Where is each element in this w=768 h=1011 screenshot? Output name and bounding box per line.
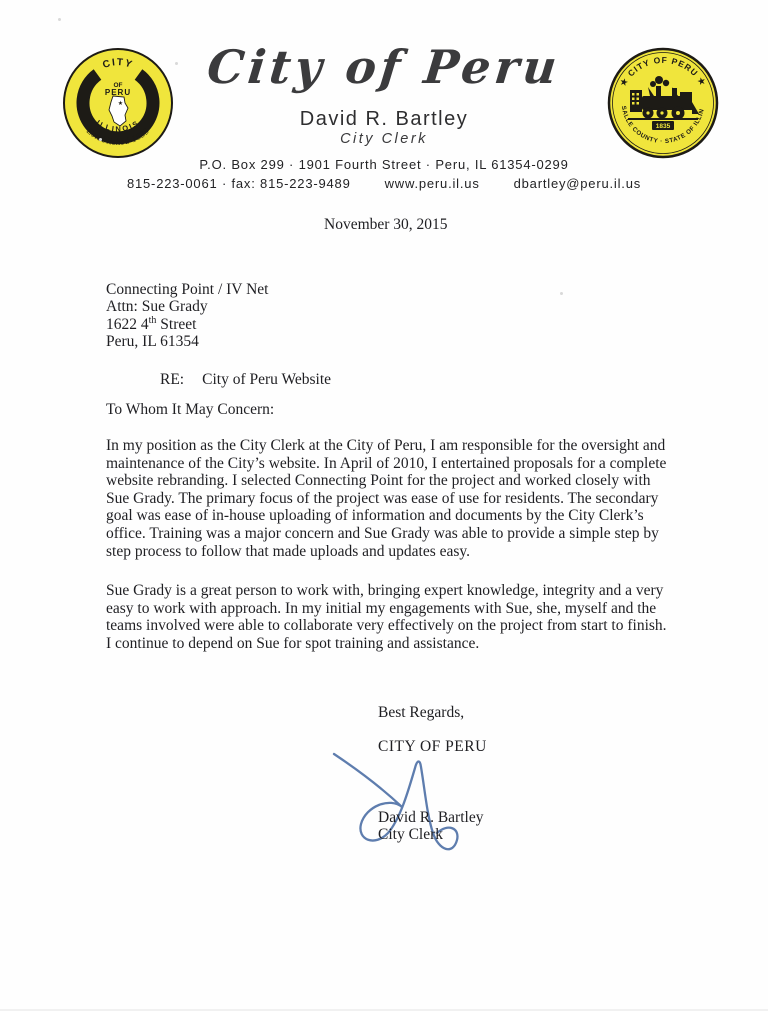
signature-handwritten [330, 744, 488, 871]
salutation: To Whom It May Concern: [106, 401, 274, 419]
recipient-address-block: Connecting Point / IV Net Attn: Sue Grad… [106, 281, 268, 351]
scan-speck [175, 62, 178, 65]
seal-left-star-icon: ★ [118, 100, 123, 107]
letterhead-contact-line: 815-223-0061 · fax: 815-223-9489 www.per… [0, 176, 768, 191]
letterhead-email: dbartley@peru.il.us [514, 176, 641, 191]
re-label: RE: [160, 371, 184, 388]
recipient-attn: Attn: Sue Grady [106, 298, 268, 315]
recipient-company: Connecting Point / IV Net [106, 281, 268, 298]
letterhead-clerk-name: David R. Bartley [0, 108, 768, 131]
scan-speck [99, 138, 102, 141]
re-line: RE:City of Peru Website [160, 371, 331, 389]
signature-icon [330, 744, 488, 866]
letterhead-phone-fax: 815-223-0061 · fax: 815-223-9489 [127, 176, 351, 191]
closing-regards: Best Regards, [378, 704, 464, 722]
letter-page: CITY OF PERU ★ ILLINOIS Established 1835… [0, 0, 768, 1011]
body-paragraph-1: In my position as the City Clerk at the … [106, 437, 668, 560]
re-subject: City of Peru Website [202, 371, 331, 388]
scan-speck [58, 18, 61, 21]
signer-name: David R. Bartley [378, 809, 483, 827]
letterhead-website: www.peru.il.us [385, 176, 480, 191]
signer-title: City Clerk [378, 826, 443, 844]
letterhead-address-line: P.O. Box 299 · 1901 Fourth Street · Peru… [0, 157, 768, 172]
recipient-street-name: Street [156, 316, 196, 333]
recipient-street: 1622 4th Street [106, 316, 268, 333]
closing-organization: CITY OF PERU [378, 738, 487, 756]
letter-date: November 30, 2015 [324, 216, 448, 234]
letterhead-title: City of Peru [0, 40, 768, 94]
letterhead-clerk-role: City Clerk [0, 131, 768, 147]
scan-speck [560, 292, 563, 295]
recipient-city: Peru, IL 61354 [106, 333, 268, 350]
recipient-street-number: 1622 4 [106, 316, 149, 333]
body-paragraph-2: Sue Grady is a great person to work with… [106, 582, 668, 652]
